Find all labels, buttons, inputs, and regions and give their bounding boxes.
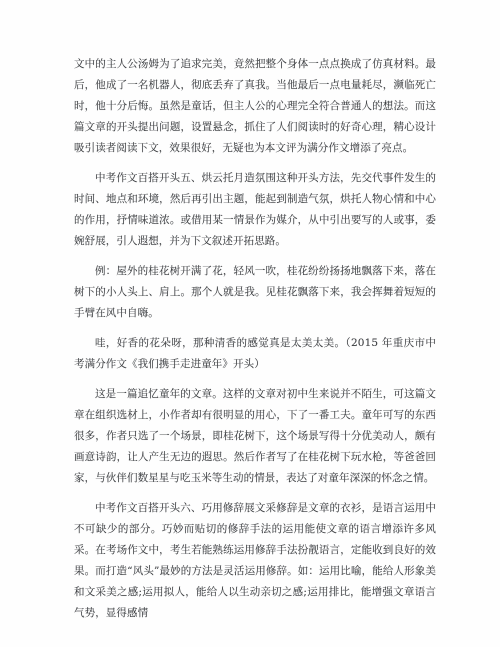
paragraph: 文中的主人公汤姆为了追求完美，竟然把整个身体一点点换成了仿真材料。最后，他成了一…: [74, 54, 436, 159]
document-page: 文中的主人公汤姆为了追求完美，竟然把整个身体一点点换成了仿真材料。最后，他成了一…: [0, 0, 500, 647]
paragraph: 中考作文百搭开头六、巧用修辞展文采修辞是文章的衣衫，是语言运用中不可缺少的部分。…: [74, 498, 436, 624]
paragraph: 哇，好香的花朵呀，那种清香的感觉真是太美太美。（2015 年重庆市中考满分作文《…: [74, 333, 436, 375]
paragraph: 例：屋外的桂花树开满了花，轻风一吹，桂花纷纷扬扬地飘落下来，落在树下的小人头上、…: [74, 261, 436, 324]
document-body: 文中的主人公汤姆为了追求完美，竟然把整个身体一点点换成了仿真材料。最后，他成了一…: [74, 54, 436, 624]
paragraph: 这是一篇追忆童年的文章。这样的文章对初中生来说并不陌生，可这篇文章在组织选材上，…: [74, 384, 436, 489]
paragraph: 中考作文百搭开头五、烘云托月造氛围这种开头方法，先交代事件发生的时间、地点和环境…: [74, 168, 436, 252]
